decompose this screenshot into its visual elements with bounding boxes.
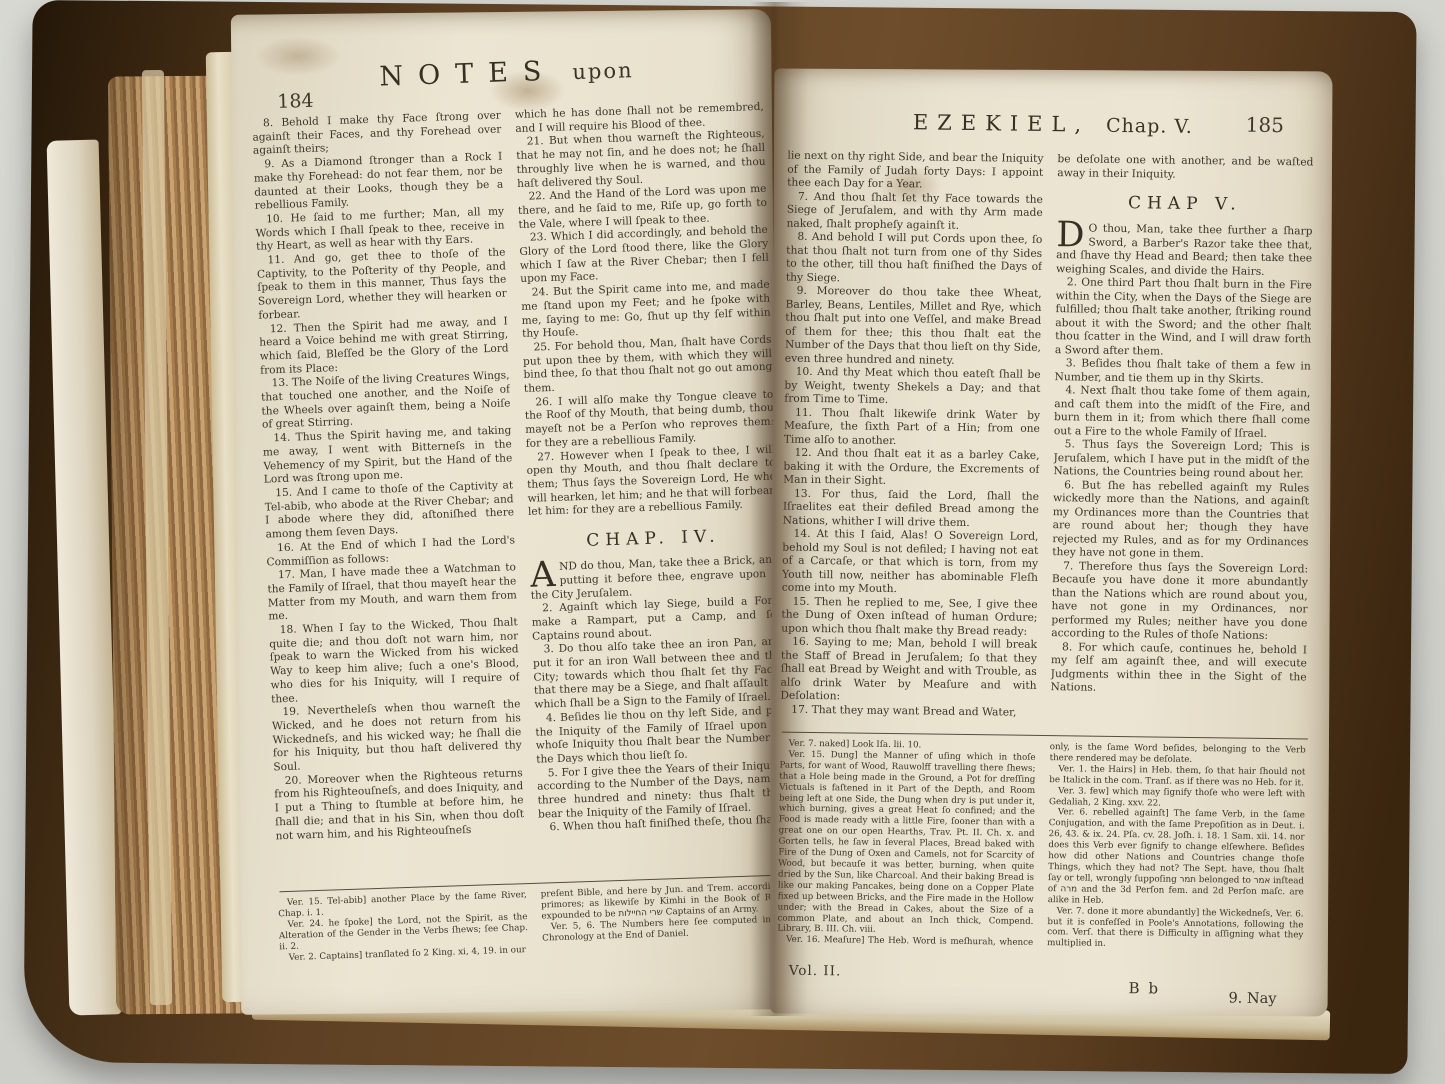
verse-paragraph: 18. When I ſay to the Wicked, Thou ſhalt… xyxy=(269,616,521,706)
right-column-1: lie next on thy right Side, and bear the… xyxy=(780,149,1044,727)
verse-paragraph: 8. For which cauſe, continues he, behold… xyxy=(1050,640,1307,697)
verse-paragraph: 23. Which I did accordingly, and behold … xyxy=(519,224,770,287)
running-head-chapter: Chap. V. xyxy=(1106,115,1193,138)
verse-paragraph: 20. Moreover when the Righteous returns … xyxy=(274,767,525,844)
verse-paragraph: Ver. 6. rebelled againſt] The ſame Verb,… xyxy=(1048,808,1305,909)
verse-paragraph: 5. Thus ſays the Sovereign Lord; This is… xyxy=(1053,437,1310,481)
verse-paragraph: 14. Thus the Spirit having me, and takin… xyxy=(262,425,513,488)
verse-paragraph: 17. That they may want Bread and Water, xyxy=(780,702,1036,719)
verse-paragraph: 3. Beſides thou ſhalt take of them a few… xyxy=(1055,356,1311,386)
right-page-columns: lie next on thy right Side, and bear the… xyxy=(780,149,1317,731)
right-footnotes: Ver. 7. naked] Look Iſa. lii. 10.Ver. 15… xyxy=(777,739,1310,954)
left-footnotes: Ver. 15. Tel-abib] another Place by the … xyxy=(278,881,793,990)
footnote-rule-right xyxy=(782,732,1308,740)
running-head-book: EZEKIEL, xyxy=(913,110,1090,136)
left-footnotes-col2: preſent Bible, and here by Jun. and Trem… xyxy=(541,881,793,981)
chapter-heading-4: CHAP. IV. xyxy=(529,525,779,553)
right-col2-verses-after: 2. One third Part thou ſhalt burn in the… xyxy=(1050,275,1311,697)
verse-paragraph: 21. But when thou warneſt the Righteous,… xyxy=(516,128,767,191)
verse-paragraph: 4. Beſides lie thou on thy left Side, an… xyxy=(535,704,786,767)
verse-paragraph: 17. Man, I have made thee a Watchman to … xyxy=(267,561,518,624)
verse-paragraph: only, is the ſame Word beſides, belongin… xyxy=(1050,742,1306,767)
left-page-columns: 8. Behold I make thy Face ſtrong over ag… xyxy=(252,101,789,884)
verse-paragraph: 7. And thou ſhalt ſet thy Face towards t… xyxy=(786,189,1043,233)
verse-paragraph: 6. But ſhe has rebelled againſt my Rules… xyxy=(1052,478,1309,562)
verse-paragraph: 9. Moreover do thou take thee Wheat, Bar… xyxy=(785,284,1042,368)
verse-paragraph: 10. And thy Meat which thou eateſt ſhall… xyxy=(784,365,1041,409)
verse-paragraph: Ver. 16. Meaſure] The Heb. Word is meſhu… xyxy=(777,935,1033,950)
left-col2-verses-after: 2. Againſt which lay Siege, build a Fort… xyxy=(531,595,788,836)
verse-paragraph: lie next on thy right Side, and bear the… xyxy=(787,149,1044,193)
verse-paragraph: 2. One third Part thou ſhalt burn in the… xyxy=(1055,275,1312,359)
dropcap-letter: A xyxy=(530,561,560,589)
chap5-opening: DO thou, Man, take thee further a ſharp … xyxy=(1056,221,1313,278)
chap4-opening-text: ND do thou, Man, take thee a Brick, and … xyxy=(531,554,780,602)
verse-paragraph: 5. For I give thee the Years of their In… xyxy=(537,759,788,822)
verse-paragraph: 4. Next ſhalt thou take ſome of them aga… xyxy=(1054,383,1311,440)
verse-paragraph: 19. Nevertheleſs when thou warneſt the W… xyxy=(271,698,522,775)
left-col2-verses: which he has done ſhall not be remembred… xyxy=(515,101,777,520)
running-head-left: NOTESupon xyxy=(250,49,763,97)
verse-paragraph: 15. Then he replied to me, See, I give t… xyxy=(781,594,1038,638)
running-head-upon: upon xyxy=(572,58,634,84)
volume-label: Vol. II. xyxy=(789,963,842,980)
left-column-2: which he has done ſhall not be remembred… xyxy=(515,101,789,875)
right-page: 185 EZEKIEL,Chap. V. lie next on thy rig… xyxy=(770,69,1333,1017)
left-column-1: 8. Behold I make thy Face ſtrong over ag… xyxy=(252,110,526,884)
verse-paragraph: Ver. 15. Dung] the Manner of uſing which… xyxy=(777,749,1035,938)
verse-paragraph: 7. Therefore thus ſays the Sovereign Lor… xyxy=(1051,559,1308,643)
left-page-text: 184 NOTESupon 8. Behold I make thy Face … xyxy=(249,15,793,1011)
verse-paragraph: 24. But the Spirit came into me, and mad… xyxy=(521,279,772,342)
verse-paragraph: be deſolate one with another, and be waſ… xyxy=(1057,152,1313,182)
verse-paragraph: 16. Saying to me; Man, behold I will bre… xyxy=(780,635,1037,706)
running-head-right: EZEKIEL,Chap. V. xyxy=(788,109,1318,140)
verse-paragraph: 8. And behold I will put Cords upon thee… xyxy=(786,230,1043,287)
right-column-2: be deſolate one with another, and be waſ… xyxy=(1050,152,1314,730)
verse-paragraph: 9. As a Diamond ſtronger than a Rock I m… xyxy=(253,151,504,214)
right-col2-intro: be deſolate one with another, and be waſ… xyxy=(1057,152,1313,182)
verse-paragraph: 14. At this I ſaid, Alas! O Sovereign Lo… xyxy=(782,527,1039,598)
verse-paragraph: 15. And I came to thoſe of the Captivity… xyxy=(264,479,515,542)
verse-paragraph: 13. For thus, ſaid the Lord, ſhall the I… xyxy=(783,486,1040,530)
running-head-title: NOTES xyxy=(379,56,557,93)
dropcap-letter: D xyxy=(1056,221,1088,248)
right-page-text: 185 EZEKIEL,Chap. V. lie next on thy rig… xyxy=(776,85,1318,1012)
verse-paragraph: 12. And thou ſhalt eat it as a barley Ca… xyxy=(783,446,1040,490)
verse-paragraph: 11. Thou ſhalt likewiſe drink Water by M… xyxy=(784,405,1041,449)
verse-paragraph: 13. The Noiſe of the living Creatures Wi… xyxy=(260,370,511,433)
chapter-heading-5: CHAP V. xyxy=(1057,192,1313,215)
verse-paragraph: Ver. 1. the Hairs] in Heb. them, ſo that… xyxy=(1049,764,1305,789)
verse-paragraph: 12. Then the Spirit had me away, and I h… xyxy=(259,315,510,378)
catchword: 9. Nay xyxy=(1228,990,1276,1007)
verse-paragraph: 27. However when I ſpeak to thee, I will… xyxy=(526,443,777,520)
verse-paragraph: 3. Do thou alſo take thee an iron Pan, a… xyxy=(532,636,783,713)
verse-paragraph: 25. For behold thou, Man, ſhalt have Cor… xyxy=(522,334,773,397)
chap5-opening-text: O thou, Man, take thee further a ſharp S… xyxy=(1056,222,1313,278)
right-footnotes-col2: only, is the ſame Word beſides, belongin… xyxy=(1047,742,1306,953)
right-footnotes-col1: Ver. 7. naked] Look Iſa. lii. 10.Ver. 15… xyxy=(777,739,1036,950)
book-photo: 184 NOTESupon 8. Behold I make thy Face … xyxy=(0,0,1445,1084)
verse-paragraph: 26. I will alſo make thy Tongue cleave t… xyxy=(524,388,775,451)
left-page: 184 NOTESupon 8. Behold I make thy Face … xyxy=(231,9,781,1015)
verse-paragraph: 11. And go, get thee to thoſe of the Cap… xyxy=(256,246,507,323)
left-footnotes-col1: Ver. 15. Tel-abib] another Place by the … xyxy=(278,890,530,990)
verse-paragraph: Ver. 7. done it more abundantly] the Wic… xyxy=(1047,906,1304,953)
signature-mark: B b xyxy=(1128,979,1160,997)
